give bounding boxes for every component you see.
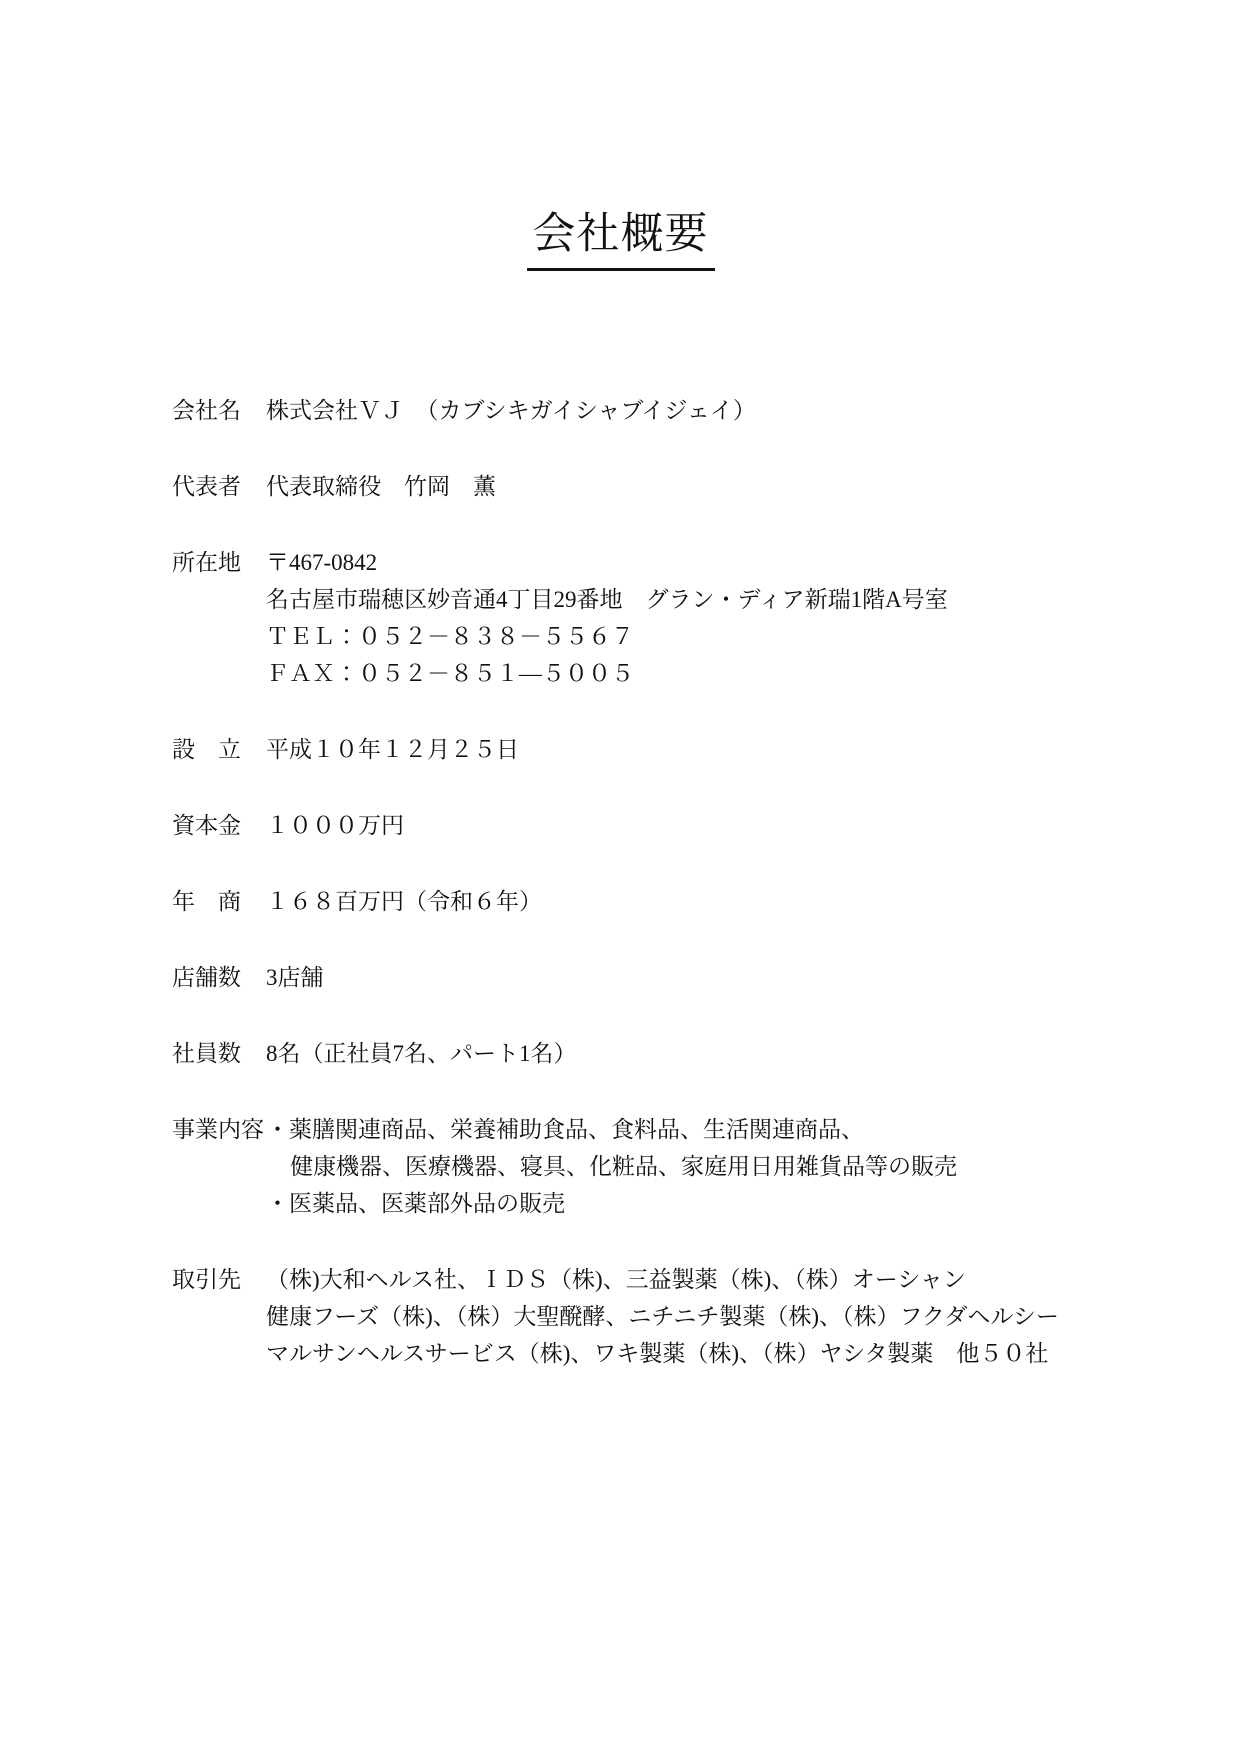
page-title: 会社概要 bbox=[0, 200, 1241, 271]
field-value: 〒467-0842名古屋市瑞穂区妙音通4丁目29番地 グラン・ディア新瑞1階A号… bbox=[266, 544, 1181, 692]
field-row: 会社名株式会社ＶＪ （カブシキガイシャブイジェイ） bbox=[172, 392, 1181, 429]
field-row: 取引先（株)大和ヘルス社、ＩＤＳ（株)、三益製薬（株)、（株）オーシャン健康フー… bbox=[172, 1261, 1181, 1372]
field-label: 会社名 bbox=[172, 392, 266, 429]
field-row: 店舗数3店舗 bbox=[172, 959, 1181, 996]
field-label: 社員数 bbox=[172, 1035, 266, 1072]
field-value: 3店舗 bbox=[266, 959, 1181, 996]
field-row: 代表者代表取締役 竹岡 薫 bbox=[172, 468, 1181, 505]
field-row: 資本金１０００万円 bbox=[172, 807, 1181, 844]
field-value-line: マルサンヘルスサービス（株)、ワキ製薬（株)、（株）ヤシタ製薬 他５０社 bbox=[266, 1335, 1181, 1372]
field-value: 平成１０年１２月２５日 bbox=[266, 731, 1181, 768]
field-value-line: （株)大和ヘルス社、ＩＤＳ（株)、三益製薬（株)、（株）オーシャン bbox=[266, 1261, 1181, 1298]
field-label: 店舗数 bbox=[172, 959, 266, 996]
field-value-line: 〒467-0842 bbox=[266, 544, 1181, 581]
field-value-line: １０００万円 bbox=[266, 807, 1181, 844]
page-title-text: 会社概要 bbox=[527, 200, 715, 271]
field-value-line: ＴＥＬ：０５２－８３８－５５６７ bbox=[266, 618, 1181, 655]
field-value: １６８百万円（令和６年） bbox=[266, 883, 1181, 920]
document-page: 会社概要 会社名株式会社ＶＪ （カブシキガイシャブイジェイ）代表者代表取締役 竹… bbox=[0, 0, 1241, 1755]
field-value: 代表取締役 竹岡 薫 bbox=[266, 468, 1181, 505]
field-value-line: 名古屋市瑞穂区妙音通4丁目29番地 グラン・ディア新瑞1階A号室 bbox=[266, 581, 1181, 618]
field-row: 所在地〒467-0842名古屋市瑞穂区妙音通4丁目29番地 グラン・ディア新瑞1… bbox=[172, 544, 1181, 692]
field-row: 事業内容・薬膳関連商品、栄養補助食品、食料品、生活関連商品、健康機器、医療機器、… bbox=[172, 1111, 1181, 1222]
company-profile-fields: 会社名株式会社ＶＪ （カブシキガイシャブイジェイ）代表者代表取締役 竹岡 薫所在… bbox=[172, 392, 1181, 1372]
field-value-line: ・医薬品、医薬部外品の販売 bbox=[266, 1185, 1181, 1222]
field-value-line: 平成１０年１２月２５日 bbox=[266, 731, 1181, 768]
field-value: ・薬膳関連商品、栄養補助食品、食料品、生活関連商品、健康機器、医療機器、寝具、化… bbox=[266, 1111, 1181, 1222]
field-value-line: 健康機器、医療機器、寝具、化粧品、家庭用日用雑貨品等の販売 bbox=[266, 1148, 1181, 1185]
field-value-line: 株式会社ＶＪ （カブシキガイシャブイジェイ） bbox=[266, 392, 1181, 429]
field-value-line: 健康フーズ（株)、（株）大聖醗酵、ニチニチ製薬（株)、（株）フクダヘルシー bbox=[266, 1298, 1181, 1335]
field-value-line: １６８百万円（令和６年） bbox=[266, 883, 1181, 920]
field-label: 資本金 bbox=[172, 807, 266, 844]
field-label: 設 立 bbox=[172, 731, 266, 768]
field-value-line: ＦＡＸ：０５２－８５１―５００５ bbox=[266, 655, 1181, 692]
field-value-line: ・薬膳関連商品、栄養補助食品、食料品、生活関連商品、 bbox=[266, 1111, 1181, 1148]
field-row: 年 商１６８百万円（令和６年） bbox=[172, 883, 1181, 920]
field-row: 設 立平成１０年１２月２５日 bbox=[172, 731, 1181, 768]
field-value-line: 3店舗 bbox=[266, 959, 1181, 996]
field-label: 所在地 bbox=[172, 544, 266, 581]
field-value-line: 8名（正社員7名、パート1名） bbox=[266, 1035, 1181, 1072]
field-label: 年 商 bbox=[172, 883, 266, 920]
field-value: （株)大和ヘルス社、ＩＤＳ（株)、三益製薬（株)、（株）オーシャン健康フーズ（株… bbox=[266, 1261, 1181, 1372]
field-label: 事業内容 bbox=[172, 1111, 266, 1148]
field-value: 株式会社ＶＪ （カブシキガイシャブイジェイ） bbox=[266, 392, 1181, 429]
field-value: １０００万円 bbox=[266, 807, 1181, 844]
field-label: 取引先 bbox=[172, 1261, 266, 1298]
field-label: 代表者 bbox=[172, 468, 266, 505]
field-value: 8名（正社員7名、パート1名） bbox=[266, 1035, 1181, 1072]
field-row: 社員数8名（正社員7名、パート1名） bbox=[172, 1035, 1181, 1072]
field-value-line: 代表取締役 竹岡 薫 bbox=[266, 468, 1181, 505]
